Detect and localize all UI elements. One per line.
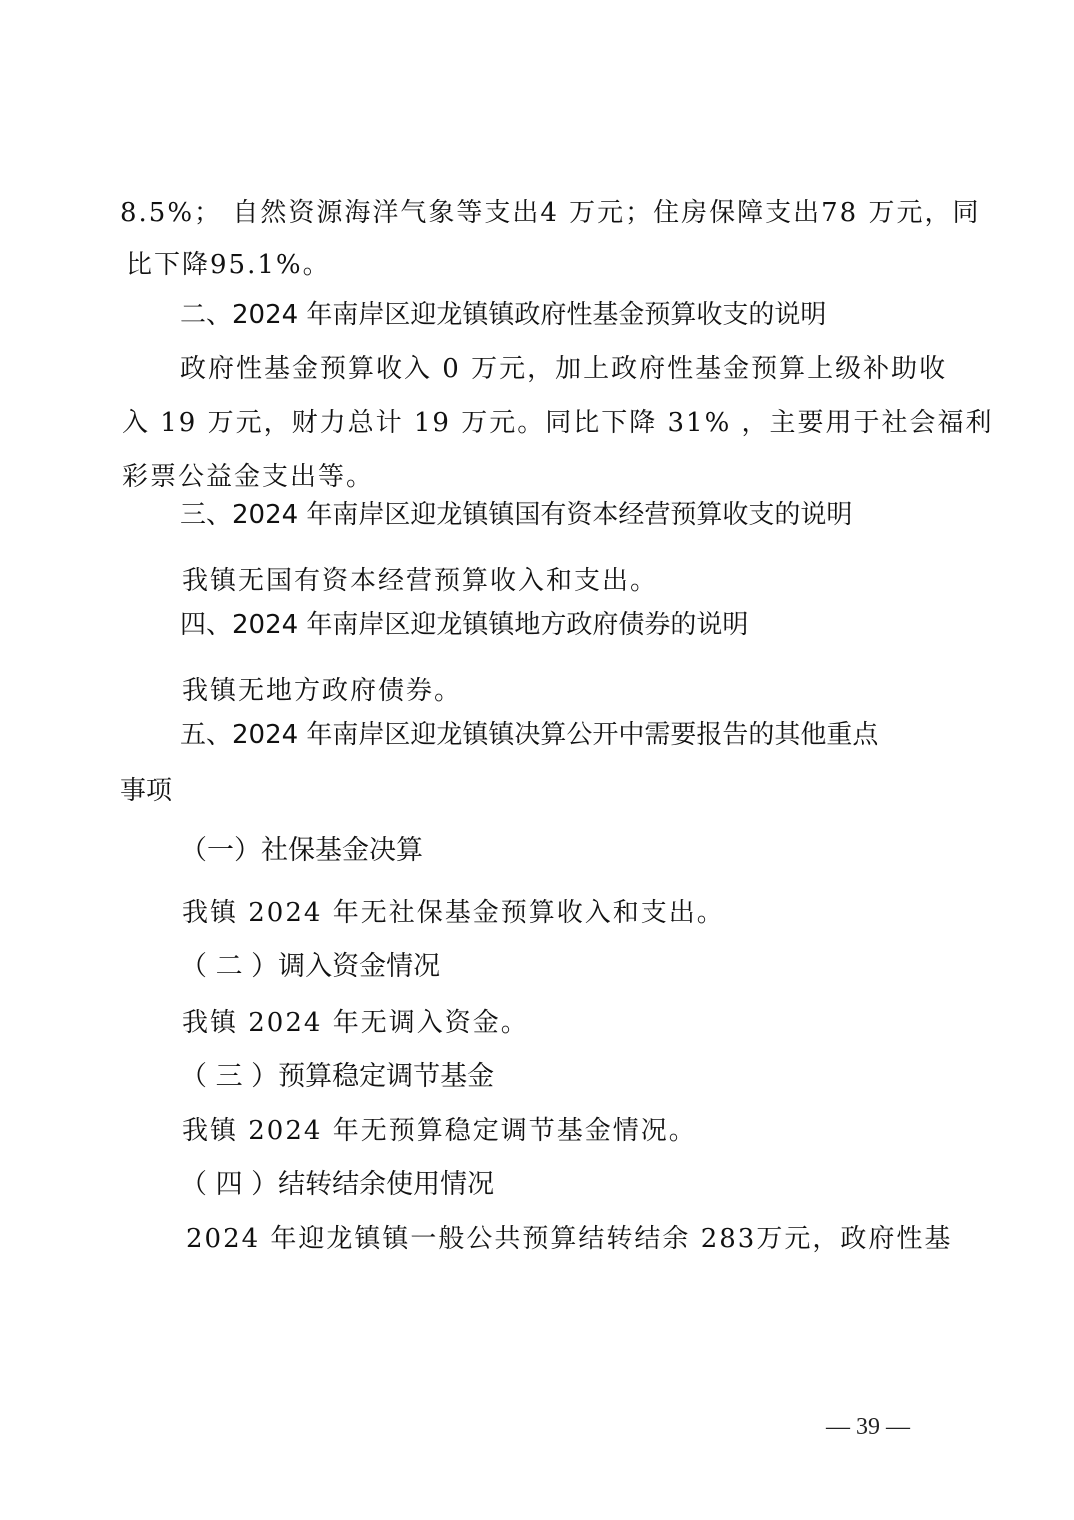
section-heading-4: 四、2024 年南岸区迎龙镇镇地方政府债券的说明 [180,608,748,642]
subsection-heading-3: （ 三 ）预算稳定调节基金 [180,1060,494,1094]
body-text-line: 我镇无国有资本经营预算收入和支出。 [182,564,658,598]
body-text-line: 入 19 万元，财力总计 19 万元。同比下降 31% ，主要用于社会福利 [122,406,994,440]
section-heading-2: 二、2024 年南岸区迎龙镇镇政府性基金预算收支的说明 [180,298,826,332]
subsection-heading-2: （ 二 ）调入资金情况 [180,950,440,984]
subsection-heading-1: （一）社保基金决算 [180,834,423,868]
body-text-line: 比下降95.1%。 [126,248,331,282]
page-number: — 39 — [826,1414,910,1441]
body-text-line: 我镇 2024 年无预算稳定调节基金情况。 [182,1114,697,1148]
body-text-line: 我镇 2024 年无调入资金。 [182,1006,529,1040]
body-text-line: 8.5%； 自然资源海洋气象等支出4 万元；住房保障支出78 万元，同 [120,196,980,230]
body-text-line: 彩票公益金支出等。 [122,460,374,494]
body-text-line: 我镇无地方政府债券。 [182,674,462,708]
section-heading-5: 五、2024 年南岸区迎龙镇镇决算公开中需要报告的其他重点 [180,718,878,752]
subsection-heading-4: （ 四 ）结转结余使用情况 [180,1168,494,1202]
section-heading-5-cont: 事项 [120,774,172,808]
body-text-line: 我镇 2024 年无社保基金预算收入和支出。 [182,896,725,930]
body-text-line: 政府性基金预算收入 0 万元，加上政府性基金预算上级补助收 [180,352,947,386]
body-text-line: 2024 年迎龙镇镇一般公共预算结转结余 283万元，政府性基 [186,1222,952,1256]
section-heading-3: 三、2024 年南岸区迎龙镇镇国有资本经营预算收支的说明 [180,498,852,532]
